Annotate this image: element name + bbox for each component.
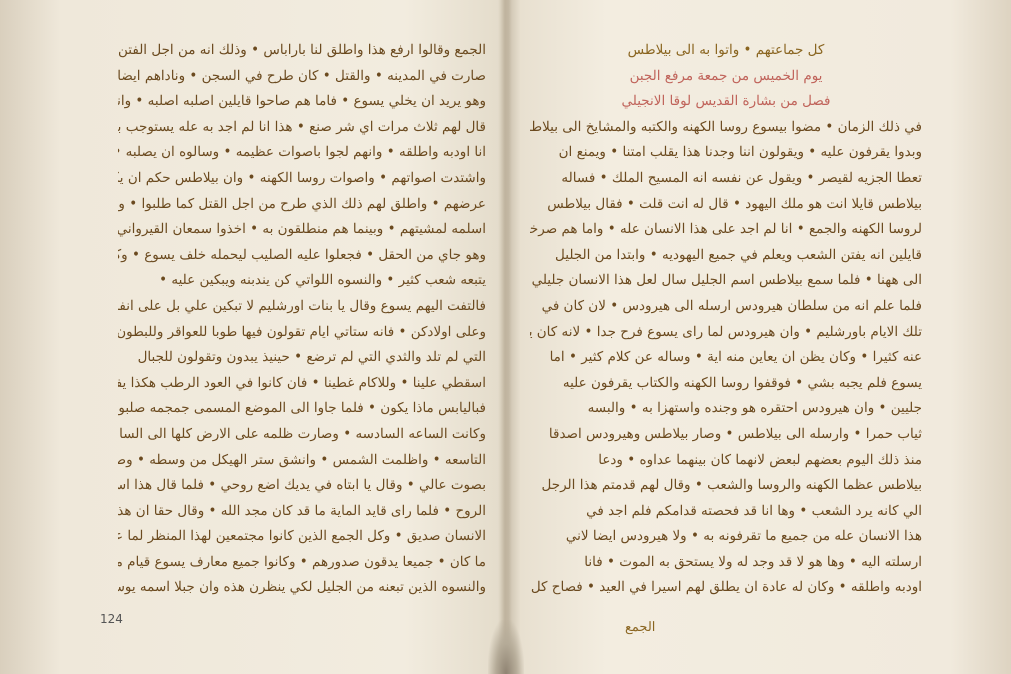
text-line: فالتفت اليهم يسوع وقال يا بنات اورشليم ل…	[118, 294, 486, 320]
text-line: تعطا الجزيه لقيصر • ويقول عن نفسه انه ال…	[530, 166, 922, 192]
text-line: لروسا الكهنه والجمع • انا لم اجد على هذا…	[530, 217, 922, 243]
text-line: وهو يريد ان يخلي يسوع • فاما هم صاحوا قا…	[118, 89, 486, 115]
text-line: انا اودبه واطلقه • وانهم لجوا باصوات عظي…	[118, 140, 486, 166]
text-line: اسقطي علينا • وللاكام غطينا • فان كانوا …	[118, 371, 486, 397]
text-line: التاسعه • واظلمت الشمس • وانشق ستر الهيك…	[118, 448, 486, 474]
text-line: جليين • وان هيرودس احتقره هو وجنده واسته…	[530, 396, 922, 422]
text-line: عنه كثيرا • وكان يظن ان يعاين منه اية • …	[530, 345, 922, 371]
text-line: الانسان صديق • وكل الجمع الذين كانوا مجت…	[118, 524, 486, 550]
text-line: واشتدت اصواتهم • واصوات روسا الكهنه • وا…	[118, 166, 486, 192]
book-gutter	[498, 0, 512, 674]
folio-number: 124	[100, 612, 123, 626]
text-line: وكانت الساعه السادسه • وصارت ظلمه على ال…	[118, 422, 486, 448]
text-line: في ذلك الزمان • مضوا بيسوع روسا الكهنه و…	[530, 115, 922, 141]
text-line: قايلين انه يفتن الشعب ويعلم في جميع اليه…	[530, 243, 922, 269]
text-line: ما كان • جميعا يدقون صدورهم • وكانوا جمي…	[118, 550, 486, 576]
text-line: الروح • فلما راى قايد الماية ما قد كان م…	[118, 499, 486, 525]
text-line: يسوع فلم يجبه بشي • فوقفوا روسا الكهنه و…	[530, 371, 922, 397]
text-line: التي لم تلد والثدي التي لم ترضع • حينيذ …	[118, 345, 486, 371]
text-line: الي كانه يرد الشعب • وها انا قد فحصته قد…	[530, 499, 922, 525]
spine-binding	[488, 620, 524, 674]
text-line: فباليابس ماذا يكون • فلما جاوا الى الموض…	[118, 396, 486, 422]
text-line: ارسلته اليه • وها هو لا قد وجد له ولا يس…	[530, 550, 922, 576]
text-line: بيلاطس عظما الكهنه والروسا والشعب • وقال…	[530, 473, 922, 499]
text-line: بيلاطس قايلا انت هو ملك اليهود • قال له …	[530, 192, 922, 218]
text-line: صارت في المدينه • والقتل • كان طرح في ال…	[118, 64, 486, 90]
text-line: بصوت عالي • وقال يا ابتاه في يديك اضع رو…	[118, 473, 486, 499]
text-line: وعلى اولادكن • فانه ستاتي ايام تقولون في…	[118, 320, 486, 346]
text-line: اودبه واطلقه • وكان له عادة ان يطلق لهم …	[530, 575, 922, 601]
text-line: فلما علم انه من سلطان هيرودس ارسله الى ه…	[530, 294, 922, 320]
text-line: منذ ذلك اليوم بعضهم لبعض لانهما كان بينه…	[530, 448, 922, 474]
text-line: ثياب حمرا • وارسله الى بيلاطس • وصار بيل…	[530, 422, 922, 448]
text-line: وهو جاي من الحقل • فجعلوا عليه الصليب لي…	[118, 243, 486, 269]
rubric-heading: فصل من بشارة القديس لوقا الانجيلي	[530, 89, 922, 115]
text-line: اسلمه لمشيتهم • وبينما هم منطلقون به • ا…	[118, 217, 486, 243]
text-line: قال لهم ثلاث مرات اي شر صنع • هذا انا لم…	[118, 115, 486, 141]
text-line: عرضهم • واطلق لهم ذلك الذي طرح من اجل ال…	[118, 192, 486, 218]
text-line: تلك الايام باورشليم • وان هيرودس لما راى…	[530, 320, 922, 346]
text-line: وبدوا يقرفون عليه • ويقولون اننا وجدنا ه…	[530, 140, 922, 166]
rubric-heading: كل جماعتهم • واتوا به الى بيلاطس	[530, 38, 922, 64]
text-line: الجمع وقالوا ارفع هذا واطلق لنا باراباس …	[118, 38, 486, 64]
manuscript-spread: الجمع وقالوا ارفع هذا واطلق لنا باراباس …	[0, 0, 1011, 674]
text-line: هذا الانسان عله من جميع ما تقرفونه به • …	[530, 524, 922, 550]
left-page-text: الجمع وقالوا ارفع هذا واطلق لنا باراباس …	[118, 38, 486, 601]
catchword: الجمع	[625, 620, 655, 635]
text-line: الى ههنا • فلما سمع بيلاطس اسم الجليل سا…	[530, 268, 922, 294]
text-line: والنسوه الذين تبعنه من الجليل لكي ينظرن …	[118, 575, 486, 601]
rubric-heading: يوم الخميس من جمعة مرفع الجبن	[530, 64, 922, 90]
text-line: يتبعه شعب كثير • والنسوه اللواتي كن يندب…	[118, 268, 486, 294]
right-page-text: كل جماعتهم • واتوا به الى بيلاطسيوم الخم…	[530, 38, 922, 601]
